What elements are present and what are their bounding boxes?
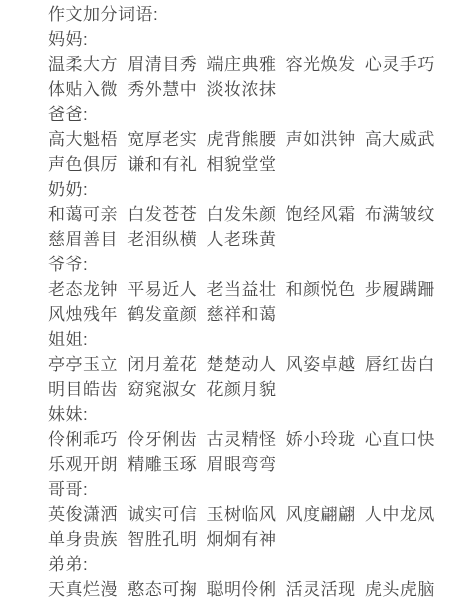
word-line: 乐观开朗 精雕玉琢 眉眼弯弯	[48, 452, 449, 477]
section-label: 姐姐:	[48, 327, 449, 352]
word-line: 慈眉善目 老泪纵横 人老珠黄	[48, 227, 449, 252]
word-line: 伶俐乖巧 伶牙俐齿 古灵精怪 娇小玲珑 心直口快	[48, 427, 449, 452]
word-line: 明目皓齿 窈窕淑女 花颜月貌	[48, 377, 449, 402]
section-label: 爸爸:	[48, 102, 449, 127]
word-line: 温柔大方 眉清目秀 端庄典雅 容光焕发 心灵手巧	[48, 52, 449, 77]
section-label: 弟弟:	[48, 552, 449, 577]
word-line: 亭亭玉立 闭月羞花 楚楚动人 风姿卓越 唇红齿白	[48, 352, 449, 377]
word-line: 英俊潇洒 诚实可信 玉树临风 风度翩翩 人中龙凤	[48, 502, 449, 527]
word-line: 单身贵族 智胜孔明 炯炯有神	[48, 527, 449, 552]
word-line: 老态龙钟 平易近人 老当益壮 和颜悦色 步履蹒跚	[48, 277, 449, 302]
word-line: 体贴入微 秀外慧中 淡妆浓抹	[48, 77, 449, 102]
section-nainai: 奶奶: 和蔼可亲 白发苍苍 白发朱颜 饱经风霜 布满皱纹 慈眉善目 老泪纵横 人…	[48, 177, 449, 252]
section-gege: 哥哥: 英俊潇洒 诚实可信 玉树临风 风度翩翩 人中龙凤 单身贵族 智胜孔明 炯…	[48, 477, 449, 552]
section-label: 奶奶:	[48, 177, 449, 202]
section-yeye: 爷爷: 老态龙钟 平易近人 老当益壮 和颜悦色 步履蹒跚 风烛残年 鹤发童颜 慈…	[48, 252, 449, 327]
word-line: 高大魁梧 宽厚老实 虎背熊腰 声如洪钟 高大威武	[48, 127, 449, 152]
section-label: 爷爷:	[48, 252, 449, 277]
section-label: 妈妈:	[48, 27, 449, 52]
word-line: 和蔼可亲 白发苍苍 白发朱颜 饱经风霜 布满皱纹	[48, 202, 449, 227]
word-line: 风烛残年 鹤发童颜 慈祥和蔼	[48, 302, 449, 327]
section-label: 哥哥:	[48, 477, 449, 502]
page-title: 作文加分词语:	[48, 2, 449, 27]
word-line: 声色俱厉 谦和有礼 相貌堂堂	[48, 152, 449, 177]
section-jiejie: 姐姐: 亭亭玉立 闭月羞花 楚楚动人 风姿卓越 唇红齿白 明目皓齿 窈窕淑女 花…	[48, 327, 449, 402]
section-didi: 弟弟: 天真烂漫 憨态可掬 聪明伶俐 活灵活现 虎头虎脑	[48, 552, 449, 600]
vocabulary-document: 作文加分词语: 妈妈: 温柔大方 眉清目秀 端庄典雅 容光焕发 心灵手巧 体贴入…	[0, 0, 449, 600]
section-meimei: 妹妹: 伶俐乖巧 伶牙俐齿 古灵精怪 娇小玲珑 心直口快 乐观开朗 精雕玉琢 眉…	[48, 402, 449, 477]
section-baba: 爸爸: 高大魁梧 宽厚老实 虎背熊腰 声如洪钟 高大威武 声色俱厉 谦和有礼 相…	[48, 102, 449, 177]
section-mama: 妈妈: 温柔大方 眉清目秀 端庄典雅 容光焕发 心灵手巧 体贴入微 秀外慧中 淡…	[48, 27, 449, 102]
word-line: 天真烂漫 憨态可掬 聪明伶俐 活灵活现 虎头虎脑	[48, 577, 449, 600]
section-label: 妹妹:	[48, 402, 449, 427]
